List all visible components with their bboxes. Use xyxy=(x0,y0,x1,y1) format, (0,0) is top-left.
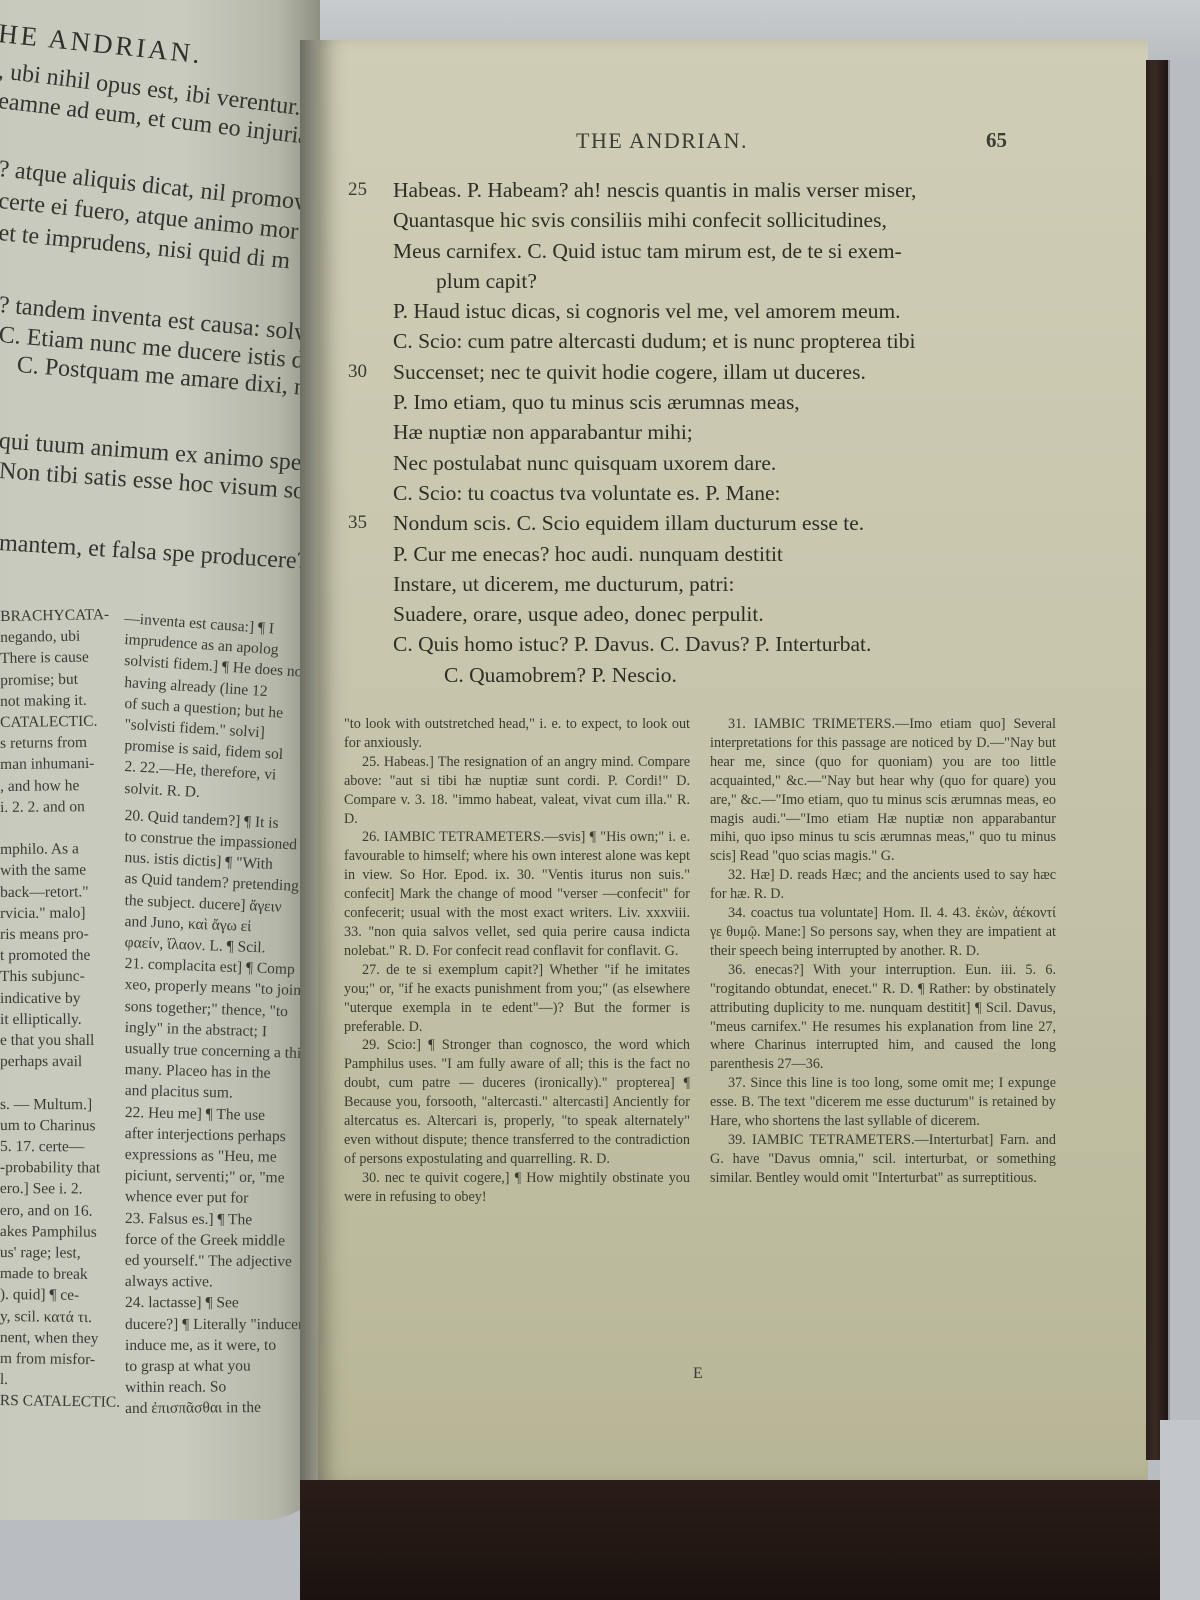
verse-line: plum capit? xyxy=(348,266,1068,296)
line-number: 25 xyxy=(348,175,378,205)
verse-text: P. Cur me enecas? hoc audi. nunquam dest… xyxy=(393,539,783,569)
left-note-line: to grasp at what you xyxy=(125,1358,251,1376)
verse-text: Quantasque hic svis consiliis mihi confe… xyxy=(393,205,887,235)
left-note-line: rvicia." malo] xyxy=(0,904,86,922)
left-note-line: xeo, properly means "to join xyxy=(124,976,301,1000)
left-note-line: the subject. ducere] ἄγειν xyxy=(124,892,282,917)
left-note-line: after interjections perhaps xyxy=(125,1125,286,1146)
footnote: 34. coactus tua voluntate] Hom. Il. 4. 4… xyxy=(710,904,1056,961)
left-note-line: t promoted the xyxy=(0,947,90,965)
left-note-line: always active. xyxy=(125,1273,213,1291)
left-note-line: and Juno, καὶ ἄγω εἰ xyxy=(124,913,251,936)
left-note-line: , and how he xyxy=(0,777,79,796)
left-note-line: negando, ubi xyxy=(0,628,80,647)
verse-line: 25Habeas. P. Habeam? ah! nescis quantis … xyxy=(348,175,1068,205)
left-note-line: man inhumani- xyxy=(0,755,94,774)
verse-text: C. Quis homo istuc? P. Davus. C. Davus? … xyxy=(393,629,871,659)
right-page: THE ANDRIAN. 65 25Habeas. P. Habeam? ah!… xyxy=(318,40,1148,1480)
left-note-line: ero.] See i. 2. xyxy=(0,1180,83,1199)
left-note-line: m from misfor- xyxy=(0,1350,95,1369)
left-note-line: 21. complacita est] ¶ Comp xyxy=(124,955,295,979)
left-note-line: CATALECTIC. xyxy=(0,713,98,732)
verse-line: P. Imo etiam, quo tu minus scis ærumnas … xyxy=(348,387,1068,417)
verse-text: P. Imo etiam, quo tu minus scis ærumnas … xyxy=(393,387,800,417)
left-note-line: indicative by xyxy=(0,989,81,1007)
background-right xyxy=(1160,1420,1200,1600)
left-note-line: ). quid] ¶ ce- xyxy=(0,1286,79,1305)
left-note-line: solvit. R. D. xyxy=(124,780,200,802)
left-note-line: force of the Greek middle xyxy=(125,1231,285,1250)
left-note-line: induce me, as it were, to xyxy=(125,1337,276,1355)
left-page-content: HE ANDRIAN. , ubi nihil opus est, ibi ve… xyxy=(0,0,320,1520)
footnote: 39. IAMBIC TETRAMETERS.—Interturbat] Far… xyxy=(710,1131,1056,1188)
verse-line: C. Scio: tu coactus tva voluntate es. P.… xyxy=(348,478,1068,508)
left-note-line: piciunt, serventi;" or, "me xyxy=(125,1167,285,1187)
left-note-line: 22. Heu me] ¶ The use xyxy=(125,1104,266,1125)
footnotes-column-left: "to look with outstretched head," i. e. … xyxy=(344,715,690,1207)
book-cover-edge xyxy=(1146,60,1170,1460)
page-header: THE ANDRIAN. 65 xyxy=(318,128,1148,158)
verse-text: Instare, ut dicerem, me ducturum, patri: xyxy=(393,569,735,599)
footnote: 31. IAMBIC TRIMETERS.—Imo etiam quo] Sev… xyxy=(710,715,1056,866)
verse-line: P. Cur me enecas? hoc audi. nunquam dest… xyxy=(348,539,1068,569)
left-note-line: This subjunc- xyxy=(0,968,85,986)
footnote: "to look with outstretched head," i. e. … xyxy=(344,715,690,753)
line-number: 30 xyxy=(348,357,378,387)
verse-line: Meus carnifex. C. Quid istuc tam mirum e… xyxy=(348,236,1068,266)
left-note-line: not making it. xyxy=(0,692,87,711)
footnote: 29. Scio:] ¶ Stronger than cognosco, the… xyxy=(344,1036,690,1168)
left-note-line: ingly" in the abstract; I xyxy=(124,1019,267,1041)
line-number: 35 xyxy=(348,508,378,538)
verse-line: C. Quamobrem? P. Nescio. xyxy=(348,660,1068,690)
verse-text: P. Haud istuc dicas, si cognoris vel me,… xyxy=(393,296,901,326)
footnote: 32. Hæ] D. reads Hæc; and the ancients u… xyxy=(710,866,1056,904)
page-number: 65 xyxy=(986,128,1007,153)
left-note-line: ris means pro- xyxy=(0,926,89,944)
left-note-line: made to break xyxy=(0,1265,88,1284)
left-note-line: it elliptically. xyxy=(0,1011,82,1029)
verse-text: C. Scio: cum patre altercasti dudum; et … xyxy=(393,326,915,356)
footnote: 25. Habeas.] The resignation of an angry… xyxy=(344,753,690,829)
left-note-line: ed yourself." The adjective xyxy=(125,1252,292,1271)
verse-block: 25Habeas. P. Habeam? ah! nescis quantis … xyxy=(348,175,1068,690)
left-note-line: many. Placeo has in the xyxy=(125,1061,271,1083)
left-note-line: back—retort." xyxy=(0,883,89,902)
footnote: 37. Since this line is too long, some om… xyxy=(710,1074,1056,1131)
left-page: HE ANDRIAN. , ubi nihil opus est, ibi ve… xyxy=(0,0,320,1520)
left-note-line: usually true concerning a thing xyxy=(124,1040,316,1063)
left-note-line: ero, and on 16. xyxy=(0,1202,93,1221)
left-note-line: 23. Falsus es.] ¶ The xyxy=(125,1210,252,1229)
verse-text: C. Scio: tu coactus tva voluntate es. P.… xyxy=(393,478,781,508)
left-note-line: s returns from xyxy=(0,734,87,753)
verse-line: Suadere, orare, usque adeo, donec perpul… xyxy=(348,599,1068,629)
left-note-line: with the same xyxy=(0,862,86,881)
verse-line: Nec postulabat nunc quisquam uxorem dare… xyxy=(348,448,1068,478)
verse-line: 30Succenset; nec te quivit hodie cogere,… xyxy=(348,357,1068,387)
left-note-line: BRACHYCATA- xyxy=(0,606,109,626)
verse-line: 35Nondum scis. C. Scio equidem illam duc… xyxy=(348,508,1068,538)
footnote: 26. IAMBIC TETRAMETERS.—svis] ¶ "His own… xyxy=(344,828,690,960)
left-note-line: sons together;" thence, "to xyxy=(124,998,288,1021)
left-note-line: 5. 17. certe— xyxy=(0,1138,84,1156)
left-note-line: and ἐπισπᾶσθαι in the xyxy=(125,1399,261,1418)
left-note-line: expressions as "Heu, me xyxy=(125,1146,277,1167)
verse-text: Nec postulabat nunc quisquam uxorem dare… xyxy=(393,448,776,478)
left-note-line: akes Pamphilus xyxy=(0,1223,97,1242)
verse-line: C. Scio: cum patre altercasti dudum; et … xyxy=(348,326,1068,356)
left-verse-line: mantem, et falsa spe producere? xyxy=(0,530,308,576)
left-note-line: i. 2. 2. and on xyxy=(0,798,85,817)
footnote: 27. de te si exemplum capit?] Whether "i… xyxy=(344,961,690,1037)
verse-text: C. Quamobrem? P. Nescio. xyxy=(444,660,677,690)
verse-text: Nondum scis. C. Scio equidem illam ductu… xyxy=(393,508,864,538)
verse-text: plum capit? xyxy=(436,266,537,296)
left-note-line: ducere?] ¶ Literally "inducere xyxy=(125,1316,310,1334)
left-note-line: There is cause xyxy=(0,649,89,668)
verse-text: Succenset; nec te quivit hodie cogere, i… xyxy=(393,357,866,387)
left-note-line: within reach. So xyxy=(125,1379,226,1398)
verse-text: Habeas. P. Habeam? ah! nescis quantis in… xyxy=(393,175,916,205)
verse-line: Instare, ut dicerem, me ducturum, patri: xyxy=(348,569,1068,599)
left-note-line: and placitus sum. xyxy=(125,1082,233,1103)
left-note-line: φαείν, ἴλαον. L. ¶ Scil. xyxy=(124,934,266,957)
footnote: 30. nec te quivit cogere,] ¶ How mightil… xyxy=(344,1169,690,1207)
left-note-line: mphilo. As a xyxy=(0,841,79,860)
left-note-line: l. xyxy=(0,1371,8,1389)
footnote: 36. enecas?] With your interruption. Eun… xyxy=(710,961,1056,1074)
left-note-line: whence ever put for xyxy=(125,1188,249,1208)
left-note-line: perhaps avail xyxy=(0,1053,82,1071)
running-title: THE ANDRIAN. xyxy=(576,128,748,154)
left-note-line: us' rage; lest, xyxy=(0,1244,81,1263)
left-note-line: -probability that xyxy=(0,1159,100,1178)
left-note-line: nent, when they xyxy=(0,1329,99,1348)
verse-text: Hæ nuptiæ non apparabantur mihi; xyxy=(393,417,693,447)
left-note-line: y, scil. κατά τι. xyxy=(0,1308,92,1327)
footnotes-column-right: 31. IAMBIC TRIMETERS.—Imo etiam quo] Sev… xyxy=(710,715,1056,1188)
verse-text: Suadere, orare, usque adeo, donec perpul… xyxy=(393,599,764,629)
left-note-line: RS CATALECTIC. xyxy=(0,1392,120,1412)
verse-line: P. Haud istuc dicas, si cognoris vel me,… xyxy=(348,296,1068,326)
left-note-line: um to Charinus xyxy=(0,1117,96,1135)
left-note-line: promise; but xyxy=(0,670,78,689)
verse-line: Quantasque hic svis consiliis mihi confe… xyxy=(348,205,1068,235)
left-note-line: 24. lactasse] ¶ See xyxy=(125,1294,239,1312)
left-note-line: s. — Multum.] xyxy=(0,1096,92,1114)
verse-line: Hæ nuptiæ non apparabantur mihi; xyxy=(348,417,1068,447)
desk-surface xyxy=(300,1480,1200,1600)
signature-mark: E xyxy=(693,1365,703,1383)
verse-line: C. Quis homo istuc? P. Davus. C. Davus? … xyxy=(348,629,1068,659)
left-note-line: e that you shall xyxy=(0,1032,94,1050)
verse-text: Meus carnifex. C. Quid istuc tam mirum e… xyxy=(393,236,902,266)
